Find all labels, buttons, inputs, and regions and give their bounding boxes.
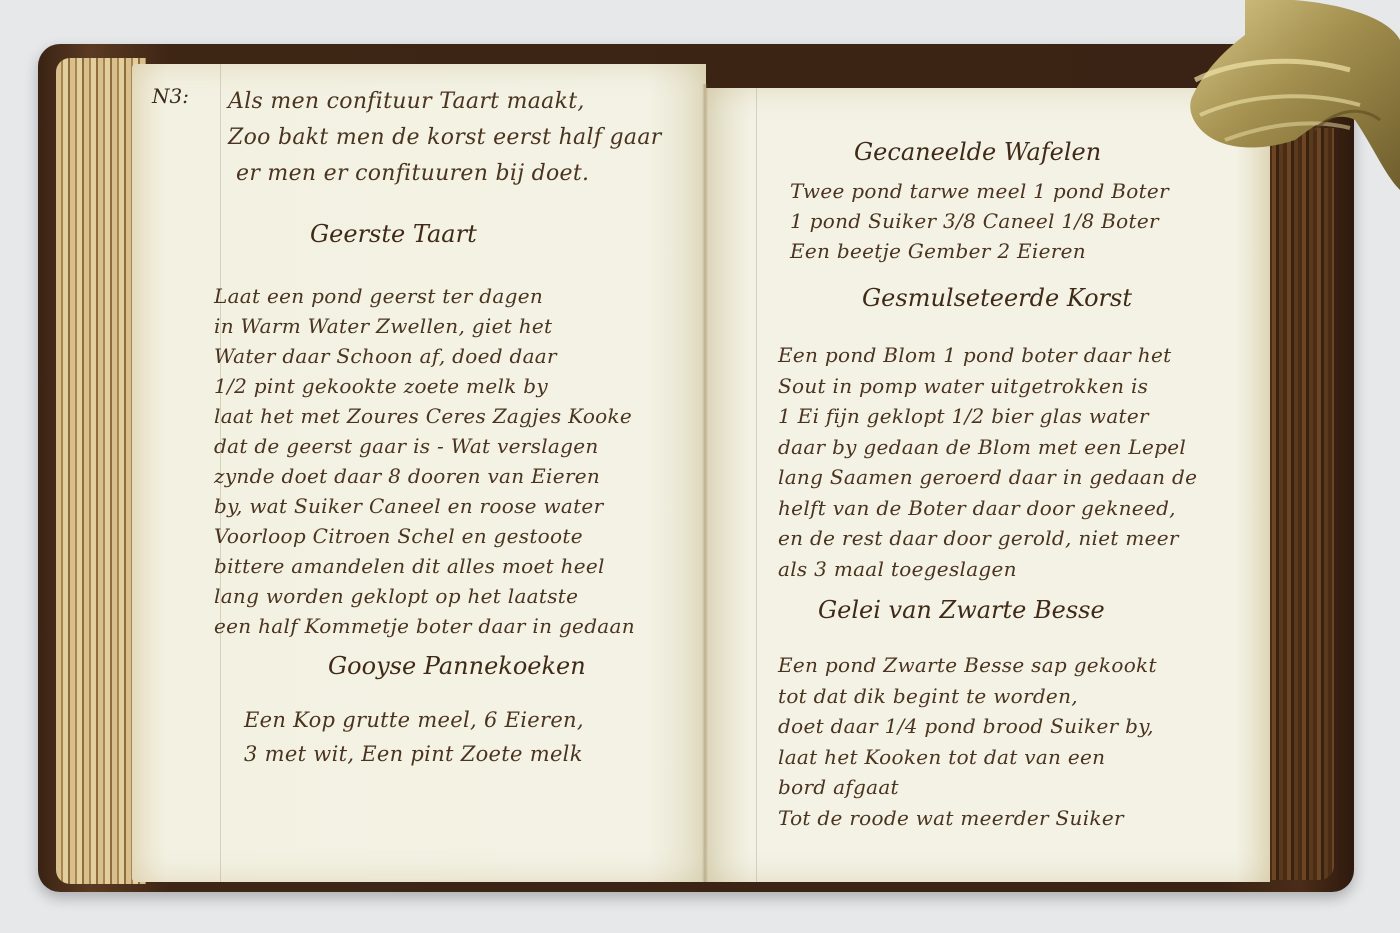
text-line: helft van de Boter daar door gekneed, [778, 493, 1197, 524]
text-line: 1/2 pint gekookte zoete melk by [214, 371, 635, 401]
recipe-body: Laat een pond geerst ter dagen in Warm W… [214, 281, 635, 641]
recipe-title: Geerste Taart [310, 220, 477, 248]
text-line: Een beetje Gember 2 Eieren [790, 236, 1169, 266]
text-line: laat het met Zoures Ceres Zagjes Kooke [214, 401, 635, 431]
text-line: en de rest daar door gerold, niet meer [778, 523, 1197, 554]
book-gutter [702, 84, 708, 882]
text-line: Voorloop Citroen Schel en gestoote [214, 521, 635, 551]
margin-line [756, 88, 757, 882]
text-line: als 3 maal toegeslagen [778, 554, 1197, 585]
book-photo: N3: Als men confituur Taart maakt, Zoo b… [0, 0, 1400, 933]
text-line: Sout in pomp water uitgetrokken is [778, 371, 1197, 402]
recipe-title: Gelei van Zwarte Besse [818, 596, 1105, 624]
text-line: lang Saamen geroerd daar in gedaan de [778, 462, 1197, 493]
text-line: bord afgaat [778, 772, 1157, 803]
text-line: Laat een pond geerst ter dagen [214, 281, 635, 311]
text-line: Als men confituur Taart maakt, [228, 84, 662, 120]
brass-hand-icon [1185, 0, 1400, 190]
text-line: by, wat Suiker Caneel en roose water [214, 491, 635, 521]
recipe-body: Een pond Blom 1 pond boter daar het Sout… [778, 340, 1197, 584]
text-line: Twee pond tarwe meel 1 pond Boter [790, 176, 1169, 206]
text-line: Een Kop grutte meel, 6 Eieren, [244, 703, 584, 737]
text-line: Een pond Blom 1 pond boter daar het [778, 340, 1197, 371]
recipe-body: Een pond Zwarte Besse sap gekookt tot da… [778, 650, 1157, 833]
text-line: 3 met wit, Een pint Zoete melk [244, 737, 584, 771]
text-line: lang worden geklopt op het laatste [214, 581, 635, 611]
recipe-body: Een Kop grutte meel, 6 Eieren, 3 met wit… [244, 703, 584, 771]
text-line: Zoo bakt men de korst eerst half gaar [228, 120, 662, 156]
right-page-edges [1268, 128, 1334, 880]
text-line: doet daar 1/4 pond brood Suiker by, [778, 711, 1157, 742]
text-line: Een pond Zwarte Besse sap gekookt [778, 650, 1157, 681]
page-number: N3: [152, 84, 189, 108]
text-line: bittere amandelen dit alles moet heel [214, 551, 635, 581]
recipe-body: Twee pond tarwe meel 1 pond Boter 1 pond… [790, 176, 1169, 266]
text-line: laat het Kooken tot dat van een [778, 742, 1157, 773]
text-line: 1 Ei fijn geklopt 1/2 bier glas water [778, 401, 1197, 432]
recipe-title: Gesmulseteerde Korst [862, 284, 1132, 312]
text-line: daar by gedaan de Blom met een Lepel [778, 432, 1197, 463]
text-line: er men er confituuren bij doet. [228, 156, 662, 192]
text-line: in Warm Water Zwellen, giet het [214, 311, 635, 341]
text-line: Water daar Schoon af, doed daar [214, 341, 635, 371]
intro-paragraph: Als men confituur Taart maakt, Zoo bakt … [228, 84, 662, 192]
text-line: zynde doet daar 8 dooren van Eieren [214, 461, 635, 491]
text-line: dat de geerst gaar is - Wat verslagen [214, 431, 635, 461]
text-line: een half Kommetje boter daar in gedaan [214, 611, 635, 641]
text-line: Tot de roode wat meerder Suiker [778, 803, 1157, 834]
text-line: tot dat dik begint te worden, [778, 681, 1157, 712]
text-line: 1 pond Suiker 3/8 Caneel 1/8 Boter [790, 206, 1169, 236]
recipe-title: Gecaneelde Wafelen [854, 138, 1101, 166]
recipe-title: Gooyse Pannekoeken [328, 652, 586, 680]
